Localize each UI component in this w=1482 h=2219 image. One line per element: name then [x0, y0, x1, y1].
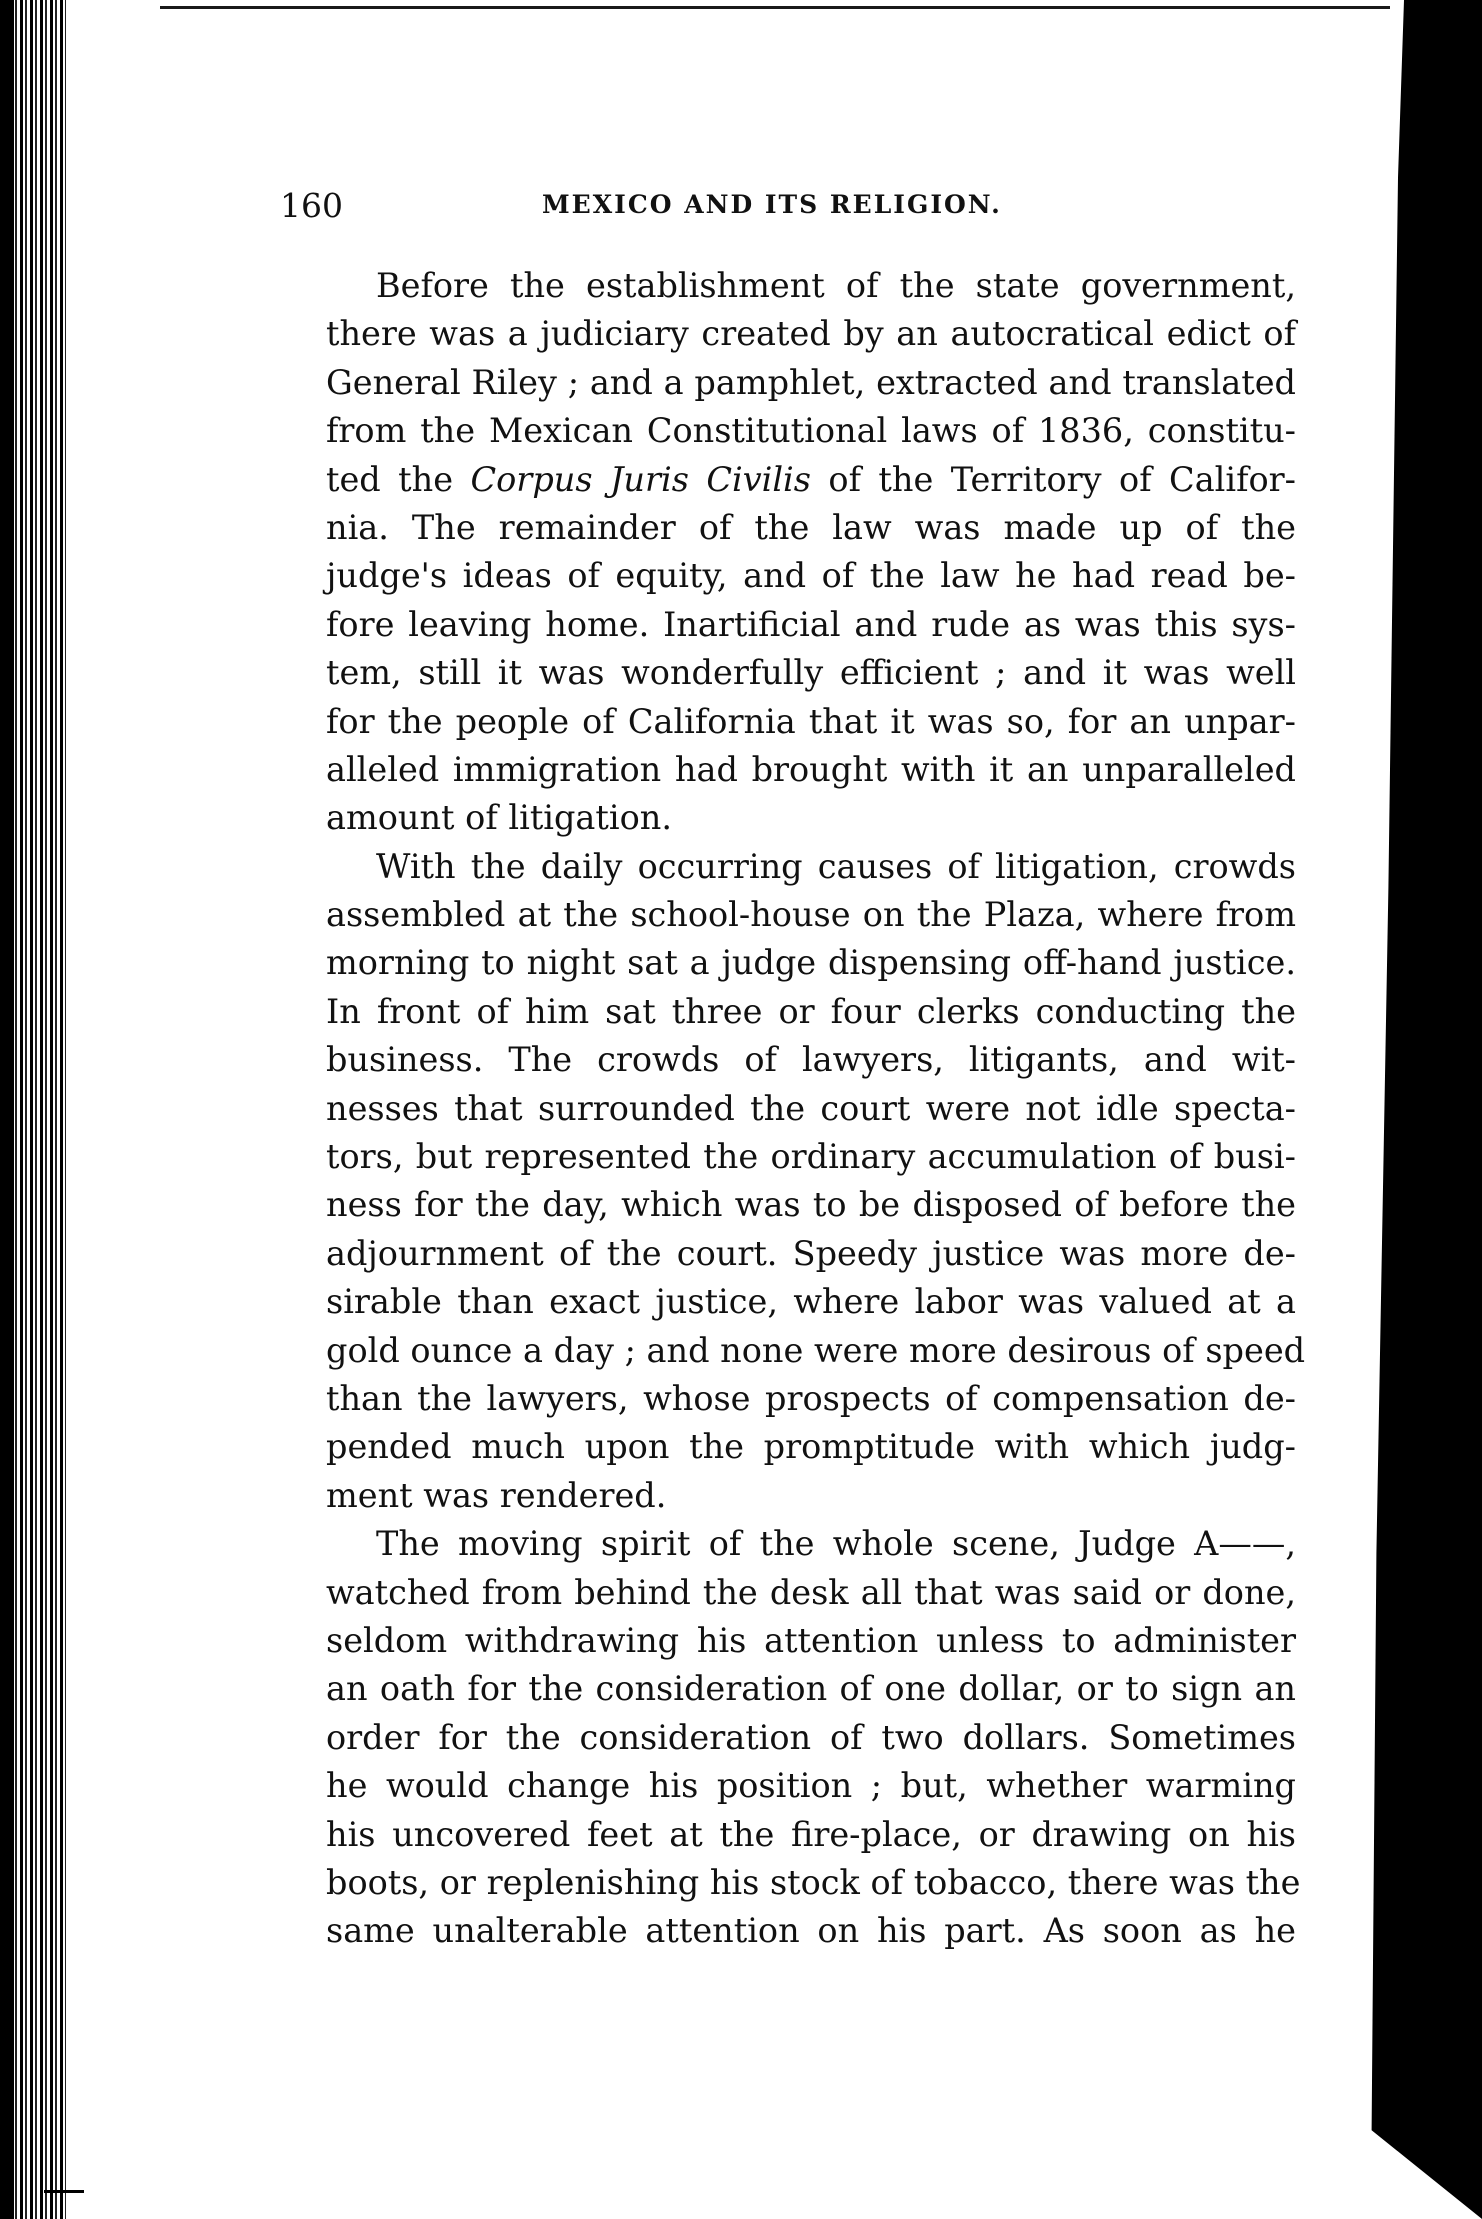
text-line: ness for the day, which was to be dispos… — [326, 1181, 1296, 1229]
text-line: amount of litigation. — [326, 794, 1296, 842]
text-line-with-italic: ted the Corpus Juris Civilis of the Terr… — [326, 456, 1296, 504]
book-spine-edge — [0, 0, 66, 2219]
text-fragment: of the Territory of Califor- — [811, 460, 1296, 499]
text-line: The moving spirit of the whole scene, Ju… — [326, 1520, 1296, 1568]
text-line: for the people of California that it was… — [326, 698, 1296, 746]
text-line: judge's ideas of equity, and of the law … — [326, 552, 1296, 600]
text-line: General Riley ; and a pamphlet, extracte… — [326, 359, 1296, 407]
text-line: alleled immigration had brought with it … — [326, 746, 1296, 794]
page-top-edge — [160, 6, 1390, 9]
text-line: from the Mexican Constitutional laws of … — [326, 407, 1296, 455]
text-line: business. The crowds of lawyers, litigan… — [326, 1036, 1296, 1084]
spine-foot-mark — [44, 2190, 84, 2193]
body-text: Before the establishment of the state go… — [326, 262, 1296, 1956]
text-line: boots, or replenishing his stock of toba… — [326, 1859, 1296, 1907]
page-right-shadow — [1362, 0, 1482, 2219]
text-line: than the lawyers, whose prospects of com… — [326, 1375, 1296, 1423]
text-line: In front of him sat three or four clerks… — [326, 988, 1296, 1036]
text-line: ment was rendered. — [326, 1472, 1296, 1520]
text-line: gold ounce a day ; and none were more de… — [326, 1327, 1296, 1375]
text-line: he would change his position ; but, whet… — [326, 1762, 1296, 1810]
text-line: there was a judiciary created by an auto… — [326, 310, 1296, 358]
text-line: nia. The remainder of the law was made u… — [326, 504, 1296, 552]
text-line: seldom withdrawing his attention unless … — [326, 1617, 1296, 1665]
text-line: pended much upon the promptitude with wh… — [326, 1423, 1296, 1471]
text-line: nesses that surrounded the court were no… — [326, 1085, 1296, 1133]
text-line: adjournment of the court. Speedy justice… — [326, 1230, 1296, 1278]
text-fragment: ted the — [326, 460, 471, 499]
text-line: sirable than exact justice, where labor … — [326, 1278, 1296, 1326]
text-line: fore leaving home. Inartificial and rude… — [326, 601, 1296, 649]
text-line: same unalterable attention on his part. … — [326, 1907, 1296, 1955]
text-line: his uncovered feet at the fire-place, or… — [326, 1811, 1296, 1859]
text-line: watched from behind the desk all that wa… — [326, 1569, 1296, 1617]
paragraph-2: With the daily occurring causes of litig… — [326, 843, 1296, 1520]
page-number: 160 — [280, 186, 343, 225]
running-head: MEXICO AND ITS RELIGION. — [542, 190, 1002, 219]
page-header: 160 MEXICO AND ITS RELIGION. — [280, 186, 1290, 236]
paragraph-1: Before the establishment of the state go… — [326, 262, 1296, 843]
text-line: tem, still it was wonderfully efficient … — [326, 649, 1296, 697]
text-line: tors, but represented the ordinary accum… — [326, 1133, 1296, 1181]
text-line: morning to night sat a judge dispensing … — [326, 939, 1296, 987]
italic-phrase: Corpus Juris Civilis — [471, 460, 811, 499]
text-line: With the daily occurring causes of litig… — [326, 843, 1296, 891]
paragraph-3: The moving spirit of the whole scene, Ju… — [326, 1520, 1296, 1956]
text-line: assembled at the school-house on the Pla… — [326, 891, 1296, 939]
text-line: order for the consideration of two dolla… — [326, 1714, 1296, 1762]
text-line: Before the establishment of the state go… — [326, 262, 1296, 310]
text-line: an oath for the consideration of one dol… — [326, 1665, 1296, 1713]
